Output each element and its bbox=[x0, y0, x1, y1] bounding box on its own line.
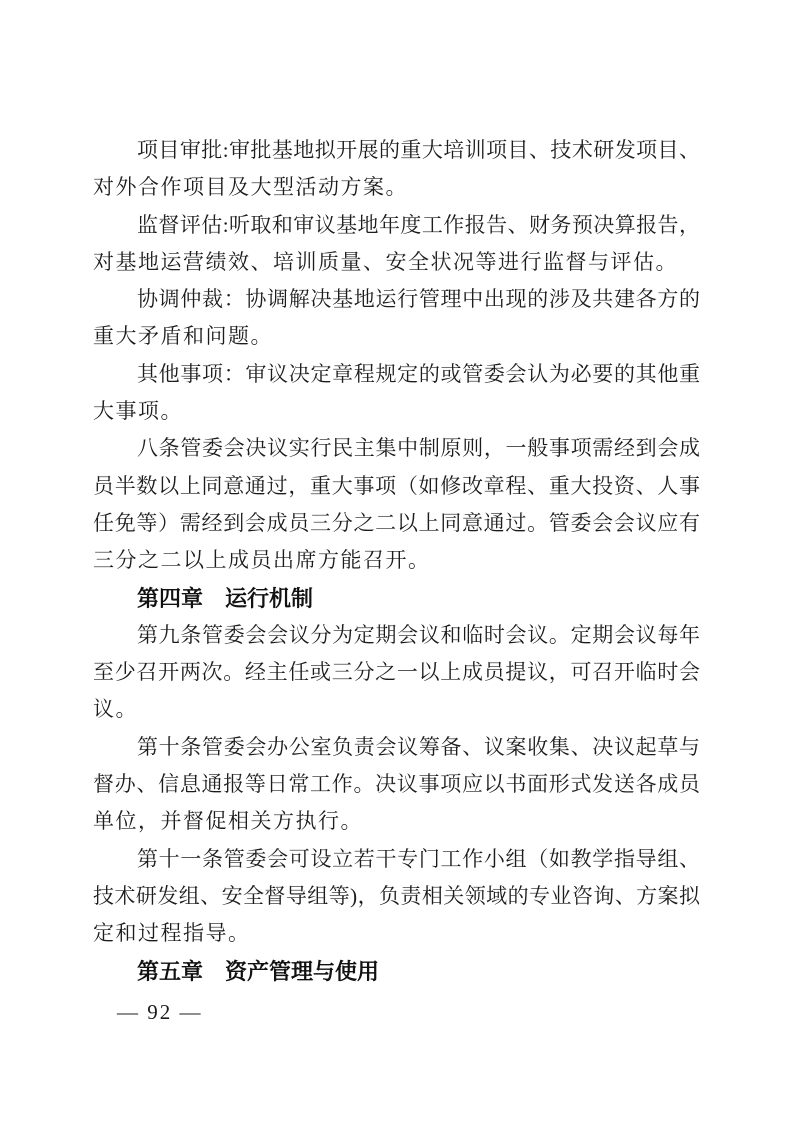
document-page: 项目审批:审批基地拟开展的重大培训项目、技术研发项目、对外合作项目及大型活动方案… bbox=[0, 0, 794, 1123]
chapter-heading: 第四章 运行机制 bbox=[93, 580, 700, 617]
document-body: 项目审批:审批基地拟开展的重大培训项目、技术研发项目、对外合作项目及大型活动方案… bbox=[93, 132, 700, 990]
text-line: 大事项。 bbox=[93, 393, 700, 430]
text-line: 八条管委会决议实行民主集中制原则，一般事项需经到会成 bbox=[93, 430, 700, 467]
text-line: 第十一条管委会可设立若干专门工作小组（如教学指导组、 bbox=[93, 841, 700, 878]
text-line: 议。 bbox=[93, 691, 700, 728]
text-line: 第十条管委会办公室负责会议筹备、议案收集、决议起草与 bbox=[93, 729, 700, 766]
text-line: 单位，并督促相关方执行。 bbox=[93, 803, 700, 840]
page-number: — 92 — bbox=[117, 1000, 203, 1025]
text-line: 技术研发组、安全督导组等)，负责相关领域的专业咨询、方案拟 bbox=[93, 878, 700, 915]
text-line: 督办、信息通报等日常工作。决议事项应以书面形式发送各成员 bbox=[93, 766, 700, 803]
text-line: 项目审批:审批基地拟开展的重大培训项目、技术研发项目、 bbox=[93, 132, 700, 169]
text-line: 员半数以上同意通过，重大事项（如修改章程、重大投资、人事 bbox=[93, 468, 700, 505]
text-line: 至少召开两次。经主任或三分之一以上成员提议，可召开临时会 bbox=[93, 654, 700, 691]
text-line: 第九条管委会会议分为定期会议和临时会议。定期会议每年 bbox=[93, 617, 700, 654]
text-line: 任免等）需经到会成员三分之二以上同意通过。管委会会议应有 bbox=[93, 505, 700, 542]
chapter-heading: 第五章 资产管理与使用 bbox=[93, 953, 700, 990]
text-line: 对基地运营绩效、培训质量、安全状况等进行监督与评估。 bbox=[93, 244, 700, 281]
text-line: 重大矛盾和问题。 bbox=[93, 318, 700, 355]
text-line: 对外合作项目及大型活动方案。 bbox=[93, 169, 700, 206]
text-line: 监督评估:听取和审议基地年度工作报告、财务预决算报告， bbox=[93, 207, 700, 244]
text-line: 协调仲裁：协调解决基地运行管理中出现的涉及共建各方的 bbox=[93, 281, 700, 318]
text-line: 定和过程指导。 bbox=[93, 915, 700, 952]
text-line: 其他事项：审议决定章程规定的或管委会认为必要的其他重 bbox=[93, 356, 700, 393]
text-line: 三分之二以上成员出席方能召开。 bbox=[93, 542, 700, 579]
